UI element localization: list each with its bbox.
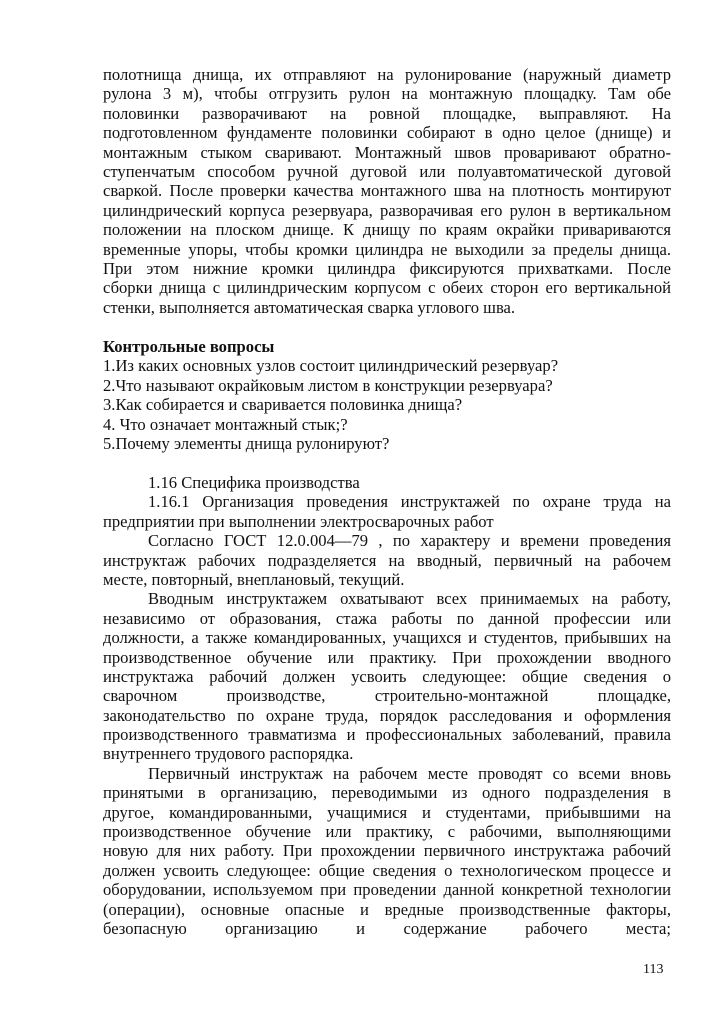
section-title: 1.16 Специфика производства: [103, 473, 671, 492]
text-line: безопасную организацию и содержание рабо…: [103, 919, 671, 938]
text-line: месте, повторный, внеплановый, текущий.: [103, 570, 671, 589]
text-line: подготовленном фундаменте половинки соби…: [103, 123, 671, 142]
text-line: оборудовании, используемом при проведени…: [103, 880, 671, 899]
text-line: сварочном производстве, строительно-монт…: [103, 686, 671, 705]
text-line: Первичный инструктаж на рабочем месте пр…: [103, 764, 671, 783]
question-item: 4. Что означает монтажный стык;?: [103, 415, 671, 434]
text-line: цилиндрический корпуса резервуара, разво…: [103, 201, 671, 220]
text-line: принятыми в организацию, переводимыми из…: [103, 783, 671, 802]
text-line: внутреннего трудового распорядка.: [103, 744, 671, 763]
text-line: инструктажа рабочий должен усвоить следу…: [103, 667, 671, 686]
question-item: 3.Как собирается и сваривается половинка…: [103, 395, 671, 414]
text-line: При этом нижние кромки цилиндра фиксирую…: [103, 259, 671, 278]
subsection-title: 1.16.1 Организация проведения инструктаж…: [103, 492, 671, 511]
section-1-16: 1.16 Специфика производства 1.16.1 Орган…: [103, 473, 671, 938]
text-line: производственное обучение или практику. …: [103, 648, 671, 667]
text-line: (операции), основные опасные и вредные п…: [103, 900, 671, 919]
text-line: полотнища днища, их отправляют на рулони…: [103, 65, 671, 84]
text-line: должности, а также командированных, учащ…: [103, 628, 671, 647]
text-line: законодательство по охране труда, порядо…: [103, 706, 671, 725]
text-line: Вводным инструктажем охватывают всех при…: [103, 589, 671, 608]
subsection-title: предприятии при выполнении электросвароч…: [103, 512, 671, 531]
text-line: новую для них работу. При прохождении пе…: [103, 841, 671, 860]
control-questions: Контрольные вопросы 1.Из каких основных …: [103, 337, 671, 453]
text-line: Согласно ГОСТ 12.0.004—79 , по характеру…: [103, 531, 671, 550]
text-line: должен усвоить следующее: общие сведения…: [103, 861, 671, 880]
text-line: сваркой. После проверки качества монтажн…: [103, 181, 671, 200]
text-line: инструктаж рабочих подразделяется на вво…: [103, 551, 671, 570]
text-line: ступенчатым способом ручной дуговой или …: [103, 162, 671, 181]
document-page: полотнища днища, их отправляют на рулони…: [0, 0, 724, 1024]
text-line: монтажным стыком сваривают. Монтажный шв…: [103, 143, 671, 162]
control-questions-heading: Контрольные вопросы: [103, 337, 671, 356]
text-line: положении на плоском днище. К днищу по к…: [103, 220, 671, 239]
text-line: сборки днища с цилиндрическим корпусом с…: [103, 278, 671, 297]
text-line: временные упоры, чтобы кромки цилиндра н…: [103, 240, 671, 259]
question-item: 2.Что называют окрайковым листом в конст…: [103, 376, 671, 395]
page-number: 113: [643, 961, 663, 979]
text-line: независимо от образования, стажа работы …: [103, 609, 671, 628]
text-line: стенки, выполняется автоматическая сварк…: [103, 298, 671, 317]
text-line: другое, командированными, учащимися и ст…: [103, 803, 671, 822]
question-item: 5.Почему элементы днища рулонируют?: [103, 434, 671, 453]
text-line: производственное обучение или практику, …: [103, 822, 671, 841]
paragraph-tank-assembly: полотнища днища, их отправляют на рулони…: [103, 65, 671, 317]
text-line: рулона 3 м), чтобы отгрузить рулон на мо…: [103, 84, 671, 103]
question-item: 1.Из каких основных узлов состоит цилинд…: [103, 356, 671, 375]
text-line: производственного травматизма и професси…: [103, 725, 671, 744]
text-line: половинки разворачивают на ровной площад…: [103, 104, 671, 123]
